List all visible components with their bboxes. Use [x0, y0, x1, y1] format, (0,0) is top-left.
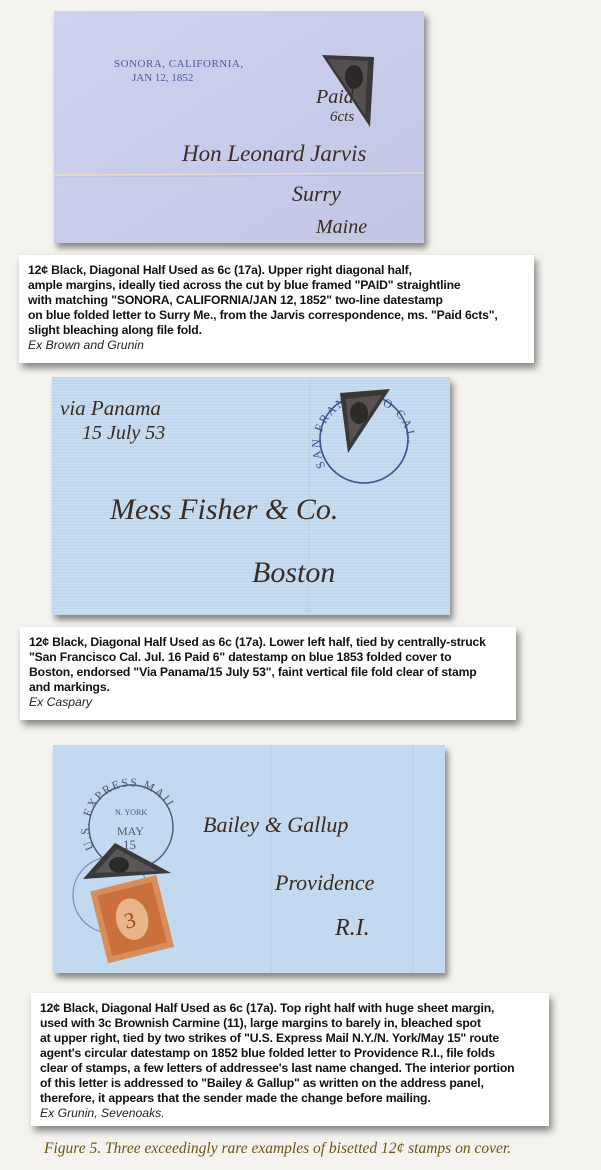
cover-image-san-francisco: via Panama 15 July 53 SAN FRANCISCO CAL.… — [52, 377, 450, 615]
address-state: Maine — [315, 216, 367, 238]
address-firm: Bailey & Gallup — [203, 812, 348, 837]
cover-image-sonora: SONORA, CALIFORNIA, JAN 12, 1852 Paid 6c… — [54, 11, 424, 243]
manuscript-paid: Paid — [315, 86, 355, 108]
sonora-datestamp-line1: SONORA, CALIFORNIA, — [114, 58, 244, 70]
caption-box-1: 12¢ Black, Diagonal Half Used as 6c (17a… — [19, 255, 534, 363]
address-city: Providence — [274, 870, 375, 895]
cover-image-express-mail: U.S. EXPRESS MAIL N. YORK MAY 15 3 Baile… — [53, 745, 445, 973]
address-town: Surry — [292, 181, 341, 206]
caption-description: 12¢ Black, Diagonal Half Used as 6c (17a… — [40, 1001, 539, 1106]
caption-box-2: 12¢ Black, Diagonal Half Used as 6c (17a… — [20, 627, 516, 720]
endorsement-date: 15 July 53 — [82, 422, 165, 444]
endorsement-via-panama: via Panama — [60, 396, 161, 420]
caption-description: 12¢ Black, Diagonal Half Used as 6c (17a… — [28, 263, 524, 338]
address-name: Hon Leonard Jarvis — [181, 141, 366, 166]
caption-provenance: Ex Brown and Grunin — [28, 338, 524, 353]
caption-box-3: 12¢ Black, Diagonal Half Used as 6c (17a… — [31, 993, 549, 1126]
figure-caption: Figure 5. Three exceedingly rare example… — [44, 1140, 511, 1158]
datestamp-month: MAY — [117, 824, 144, 838]
caption-provenance: Ex Grunin, Sevenoaks. — [40, 1106, 539, 1121]
caption-description: 12¢ Black, Diagonal Half Used as 6c (17a… — [29, 635, 506, 695]
address-city: Boston — [252, 556, 335, 589]
address-state: R.I. — [334, 915, 370, 941]
datestamp-city: N. YORK — [115, 808, 147, 817]
manuscript-rate: 6cts — [330, 109, 354, 125]
caption-provenance: Ex Caspary — [29, 695, 506, 710]
sonora-datestamp-line2: JAN 12, 1852 — [132, 72, 193, 84]
address-firm: Mess Fisher & Co. — [109, 493, 338, 526]
